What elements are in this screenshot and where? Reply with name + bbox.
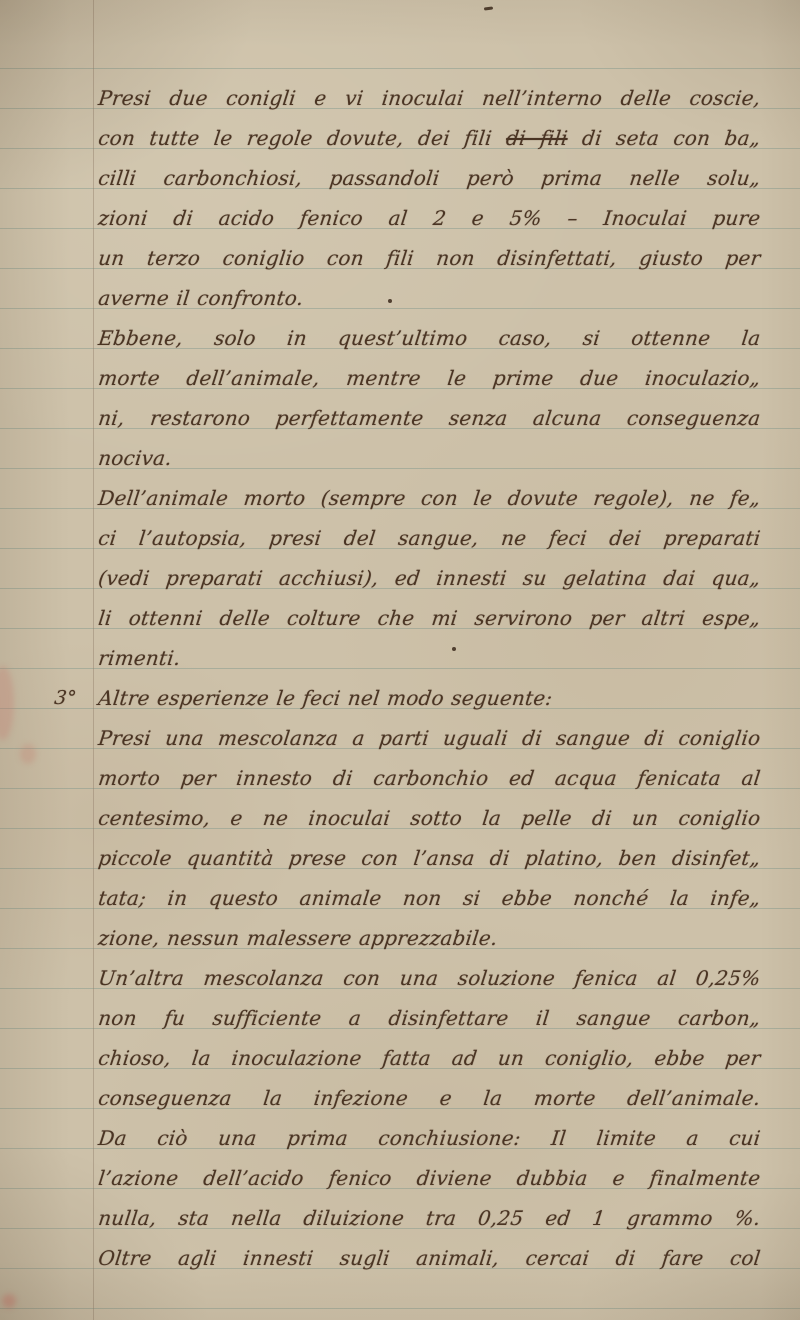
manuscript-line: 3°Altre esperienze le feci nel modo segu… [96,678,763,718]
manuscript-line: li ottenni delle colture che mi serviron… [96,598,763,638]
manuscript-line: un terzo coniglio con fili non disinfett… [96,238,763,278]
manuscript-line: Dell’animale morto (sempre con le dovute… [96,478,763,518]
line-text: Presi due conigli e vi inoculai nell’int… [97,86,762,110]
paper-stain [0,666,14,740]
line-text: un terzo coniglio con fili non disinfett… [97,246,762,270]
manuscript-line: Presi una mescolanza a parti uguali di s… [96,718,763,758]
manuscript-line: ci l’autopsia, presi del sangue, ne feci… [96,518,763,558]
manuscript-line: zione, nessun malessere apprezzabile. [96,918,763,958]
manuscript-line: piccole quantità prese con l’ansa di pla… [96,838,763,878]
manuscript-line: Oltre agli innesti sugli animali, cercai… [96,1238,763,1278]
line-text: con tutte le regole dovute, dei fili [97,126,508,150]
line-text: li ottenni delle colture che mi serviron… [97,606,762,630]
line-text: Ebbene, solo in quest’ultimo caso, si ot… [97,326,762,350]
manuscript-line: Un’altra mescolanza con una soluzione fe… [96,958,763,998]
manuscript-line: Da ciò una prima conchiusione: Il limite… [96,1118,763,1158]
manuscript-line: morto per innesto di carbonchio ed acqua… [96,758,763,798]
line-text: conseguenza la infezione e la morte dell… [97,1086,762,1110]
ink-speck [484,6,493,10]
line-text: Un’altra mescolanza con una soluzione fe… [97,966,762,990]
line-text: Da ciò una prima conchiusione: Il limite… [97,1126,762,1150]
line-text: nociva. [97,446,173,470]
line-text: tata; in questo animale non si ebbe nonc… [97,886,762,910]
line-text: Oltre agli innesti sugli animali, cercai… [97,1246,762,1270]
manuscript-line: chioso, la inoculazione fatta ad un coni… [96,1038,763,1078]
line-text: morto per innesto di carbonchio ed acqua… [97,766,762,790]
line-text: Altre esperienze le feci nel modo seguen… [97,686,554,710]
manuscript-line: tata; in questo animale non si ebbe nonc… [96,878,763,918]
section-number: 3° [52,678,79,718]
manuscript-line: ni, restarono perfettamente senza alcuna… [96,398,763,438]
manuscript-line: (vedi preparati acchiusi), ed innesti su… [96,558,763,598]
line-text: piccole quantità prese con l’ansa di pla… [97,846,762,870]
line-text: l’azione dell’acido fenico diviene dubbi… [97,1166,762,1190]
line-text: Presi una mescolanza a parti uguali di s… [97,726,762,750]
manuscript-line: averne il confronto. [96,278,763,318]
paper-stain [2,1294,16,1308]
manuscript-line: centesimo, e ne inoculai sotto la pelle … [96,798,763,838]
manuscript-line: morte dell’animale, mentre le prime due … [96,358,763,398]
manuscript-line: conseguenza la infezione e la morte dell… [96,1078,763,1118]
line-text: cilli carbonchiosi, passandoli però prim… [97,166,762,190]
line-text: nulla, sta nella diluizione tra 0,25 ed … [97,1206,762,1230]
paper-stain [20,744,36,764]
manuscript-line: rimenti. [96,638,763,678]
margin-rule-line [93,0,94,1320]
line-text: ni, restarono perfettamente senza alcuna… [97,406,762,430]
manuscript-line: cilli carbonchiosi, passandoli però prim… [96,158,763,198]
manuscript-line: zioni di acido fenico al 2 e 5% – Inocul… [96,198,763,238]
line-text: averne il confronto. [97,286,305,310]
manuscript-line: Ebbene, solo in quest’ultimo caso, si ot… [96,318,763,358]
line-text: (vedi preparati acchiusi), ed innesti su… [97,566,762,590]
manuscript-page: Presi due conigli e vi inoculai nell’int… [0,0,800,1320]
line-text: non fu sufficiente a disinfettare il san… [97,1006,762,1030]
line-text: rimenti. [97,646,182,670]
line-text: zioni di acido fenico al 2 e 5% – Inocul… [97,206,762,230]
line-text: centesimo, e ne inoculai sotto la pelle … [97,806,762,830]
line-text: zione, nessun malessere apprezzabile. [97,926,499,950]
manuscript-line: nociva. [96,438,763,478]
manuscript-line: con tutte le regole dovute, dei fili di … [96,118,763,158]
struck-word: di fili [505,126,569,150]
line-text: morte dell’animale, mentre le prime due … [97,366,762,390]
manuscript-line: nulla, sta nella diluizione tra 0,25 ed … [96,1198,763,1238]
line-text: di seta con ba„ [566,126,762,150]
line-text: Dell’animale morto (sempre con le dovute… [97,486,762,510]
manuscript-line: l’azione dell’acido fenico diviene dubbi… [96,1158,763,1198]
manuscript-line: Presi due conigli e vi inoculai nell’int… [96,78,763,118]
manuscript-line: non fu sufficiente a disinfettare il san… [96,998,763,1038]
line-text: ci l’autopsia, presi del sangue, ne feci… [97,526,762,550]
line-text: chioso, la inoculazione fatta ad un coni… [97,1046,762,1070]
manuscript-text: Presi due conigli e vi inoculai nell’int… [96,78,758,1278]
